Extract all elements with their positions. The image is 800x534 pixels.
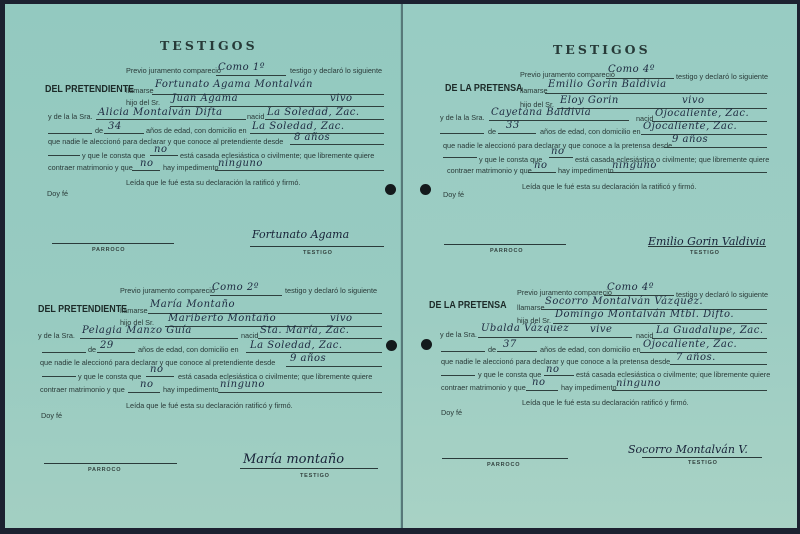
- read-statement: Leída que le fué esta su declaración la …: [126, 178, 300, 187]
- form-rule: [96, 119, 246, 120]
- form-rule: [441, 351, 485, 352]
- form-label: Previo juramento compareció: [520, 70, 615, 79]
- handwritten-entry: Alicia Montalván Difta: [98, 107, 223, 118]
- form-rule: [544, 375, 574, 376]
- witness-signature: María montaño: [243, 452, 344, 467]
- form-label: y de la la Sra.: [440, 113, 485, 122]
- form-label: años de edad, con domicilio en: [540, 127, 641, 136]
- handwritten-entry: Mariberto Montaño: [168, 313, 276, 324]
- handwritten-entry: no: [546, 364, 559, 375]
- binding-hole: [420, 184, 431, 195]
- section-label: DEL PRETENDIENTE: [38, 303, 127, 315]
- form-rule: [218, 392, 382, 393]
- form-rule: [210, 295, 282, 296]
- parroco-caption: PARROCO: [92, 247, 125, 253]
- witness-signature-line: [648, 246, 766, 247]
- form-label: testigo y declaró lo siguiente: [285, 286, 377, 295]
- parroco-caption: PARROCO: [88, 467, 121, 473]
- handwritten-entry: vive: [590, 324, 612, 335]
- form-label: y que le consta que: [82, 151, 145, 160]
- form-rule: [545, 93, 767, 94]
- binding-hole: [385, 184, 396, 195]
- form-label: está casada eclesiástica o civilmente; q…: [178, 372, 372, 381]
- form-label: testigo y declaró lo siguiente: [676, 72, 768, 81]
- form-rule: [42, 376, 76, 377]
- form-rule: [612, 390, 767, 391]
- handwritten-entry: 9 años: [672, 134, 708, 145]
- form-label: testigo y declaró lo siguiente: [290, 66, 382, 75]
- handwritten-entry: Socorro Montalván Vázquez.: [545, 296, 703, 307]
- handwritten-entry: Cayetana Baldivia: [491, 107, 591, 118]
- read-statement: Leída que le fué esta su declaración rat…: [522, 398, 689, 407]
- form-label: llamarse: [120, 306, 148, 315]
- doy-fe-label: Doy fé: [441, 408, 462, 417]
- form-label: contraer matrimonio y que: [447, 166, 532, 175]
- form-label: llamarse: [520, 86, 548, 95]
- form-rule: [608, 172, 767, 173]
- form-label: está casada eclesiástica o civilmente; q…: [575, 155, 769, 164]
- handwritten-entry: Ubalda Vázquez: [481, 323, 569, 334]
- handwritten-entry: Ojocaliente, Zac.: [643, 339, 737, 350]
- form-label: contraer matrimonio y que: [48, 163, 133, 172]
- form-label: años de edad, con domicilio en: [540, 345, 641, 354]
- testigo-caption: TESTIGO: [688, 460, 718, 466]
- read-statement: Leída que le fué esta su declaración la …: [522, 182, 696, 191]
- handwritten-entry: no: [551, 146, 564, 157]
- form-rule: [497, 351, 537, 352]
- parroco-caption: PARROCO: [487, 462, 520, 468]
- form-label: hay impedimento: [558, 166, 614, 175]
- handwritten-entry: Eloy Gorin: [560, 95, 619, 106]
- handwritten-entry: 8 años: [294, 132, 330, 143]
- form-label: nacid: [247, 112, 264, 121]
- form-rule: [526, 390, 558, 391]
- form-label: de: [488, 127, 496, 136]
- form-rule: [440, 133, 484, 134]
- form-label: contraer matrimonio y que: [441, 383, 526, 392]
- doy-fe-label: Doy fé: [41, 411, 62, 420]
- form-label: está casada eclesiástica o civilmente; q…: [180, 151, 374, 160]
- parroco-signature-line: [444, 244, 566, 245]
- handwritten-entry: 34: [108, 121, 122, 132]
- read-statement: Leída que le fué esta su declaración rat…: [126, 401, 293, 410]
- handwritten-entry: Como 1º: [218, 62, 265, 73]
- handwritten-entry: Fortunato Agama Montalván: [155, 79, 313, 90]
- page-fold: [400, 4, 403, 528]
- form-rule: [265, 119, 384, 120]
- handwritten-entry: 9 años: [290, 353, 326, 364]
- testigo-caption: TESTIGO: [303, 250, 333, 256]
- handwritten-entry: Emilio Gorin Baldivia: [548, 79, 667, 90]
- form-label: años de edad, con domicilio en: [138, 345, 239, 354]
- handwritten-entry: Sta. María, Zac.: [260, 325, 349, 336]
- handwritten-entry: Ojocaliente, Zac.: [655, 108, 749, 119]
- handwritten-entry: Pelagia Manzo Guía: [82, 325, 192, 336]
- section-heading: TESTIGOS: [553, 42, 651, 57]
- form-rule: [443, 157, 477, 158]
- parroco-signature-line: [442, 458, 568, 459]
- form-rule: [150, 155, 178, 156]
- form-rule: [498, 133, 536, 134]
- section-label: DE LA PRETENSA: [445, 82, 523, 94]
- witness-signature: Socorro Montalván V.: [628, 443, 748, 456]
- form-rule: [104, 133, 144, 134]
- handwritten-entry: Como 2º: [212, 282, 259, 293]
- form-rule: [549, 157, 573, 158]
- handwritten-entry: vivo: [330, 93, 353, 104]
- doy-fe-label: Doy fé: [47, 189, 68, 198]
- form-label: y que le consta que: [479, 155, 542, 164]
- form-label: hay impedimento: [163, 163, 219, 172]
- witness-signature-line: [642, 457, 762, 458]
- form-rule: [128, 392, 160, 393]
- form-label: y que le consta que: [78, 372, 141, 381]
- binding-hole: [386, 340, 397, 351]
- form-rule: [48, 133, 92, 134]
- form-label: de: [488, 345, 496, 354]
- handwritten-entry: María Montaño: [150, 299, 235, 310]
- testigo-caption: TESTIGO: [300, 473, 330, 479]
- handwritten-entry: Juan Agama: [172, 93, 238, 104]
- form-rule: [42, 352, 86, 353]
- testigo-caption: TESTIGO: [690, 250, 720, 256]
- handwritten-entry: ninguno: [220, 379, 265, 390]
- form-label: Previo juramento compareció: [120, 286, 215, 295]
- handwritten-entry: ninguno: [616, 378, 661, 389]
- form-rule: [146, 376, 174, 377]
- form-rule: [528, 172, 556, 173]
- handwritten-entry: 29: [100, 340, 114, 351]
- form-label: y de la Sra.: [38, 331, 75, 340]
- handwritten-entry: 7 años.: [676, 352, 716, 363]
- form-label: de: [88, 345, 96, 354]
- form-rule: [97, 352, 135, 353]
- form-rule: [441, 375, 475, 376]
- handwritten-entry: La Soledad, Zac.: [267, 107, 360, 118]
- form-rule: [48, 155, 80, 156]
- handwritten-entry: vivo: [330, 313, 353, 324]
- handwritten-entry: vivo: [682, 95, 705, 106]
- form-rule: [286, 366, 382, 367]
- form-label: contraer matrimonio y que: [40, 385, 125, 394]
- witness-signature-line: [250, 246, 384, 247]
- parroco-signature-line: [52, 243, 174, 244]
- handwritten-entry: ninguno: [218, 158, 263, 169]
- binding-hole: [421, 339, 432, 350]
- form-label: está casada eclesiástica o civilmente; q…: [576, 370, 770, 379]
- witness-signature: Fortunato Agama: [252, 228, 349, 241]
- form-rule: [80, 338, 238, 339]
- doy-fe-label: Doy fé: [443, 190, 464, 199]
- form-label: hay impedimento: [561, 383, 617, 392]
- handwritten-entry: Domingo Montalván Mtbl. Difto.: [555, 309, 734, 320]
- form-label: años de edad, con domicilio en: [146, 126, 247, 135]
- handwritten-entry: 37: [503, 339, 517, 350]
- form-label: hijo del Sr.: [126, 98, 160, 107]
- section-label: DE LA PRETENSA: [429, 299, 507, 311]
- handwritten-entry: no: [534, 160, 547, 171]
- witness-signature-line: [240, 468, 378, 469]
- form-rule: [664, 147, 767, 148]
- form-label: llamarse: [517, 303, 545, 312]
- handwritten-entry: no: [140, 379, 153, 390]
- parroco-signature-line: [44, 463, 177, 464]
- section-label: DEL PRETENDIENTE: [45, 83, 134, 95]
- handwritten-entry: no: [140, 158, 153, 169]
- form-label: llamarse: [126, 86, 154, 95]
- section-heading: TESTIGOS: [160, 38, 258, 53]
- handwritten-entry: no: [154, 144, 167, 155]
- parroco-caption: PARROCO: [490, 248, 523, 254]
- form-rule: [216, 75, 286, 76]
- handwritten-entry: La Soledad, Zac.: [252, 121, 345, 132]
- handwritten-entry: La Soledad, Zac.: [250, 340, 343, 351]
- form-label: nacid: [241, 331, 258, 340]
- handwritten-entry: Como 4º: [607, 282, 654, 293]
- handwritten-entry: 33: [506, 120, 520, 131]
- handwritten-entry: no: [150, 364, 163, 375]
- form-label: Previo juramento compareció: [126, 66, 221, 75]
- handwritten-entry: La Guadalupe, Zac.: [656, 325, 764, 336]
- handwritten-entry: Como 4º: [608, 64, 655, 75]
- form-rule: [132, 170, 160, 171]
- handwritten-entry: ninguno: [612, 160, 657, 171]
- form-rule: [215, 170, 384, 171]
- handwritten-entry: no: [532, 377, 545, 388]
- form-label: de: [95, 126, 103, 135]
- form-label: hay impedimento: [163, 385, 219, 394]
- form-rule: [258, 338, 382, 339]
- form-label: y de la Sra.: [440, 330, 477, 339]
- handwritten-entry: Ojocaliente, Zac.: [643, 121, 737, 132]
- form-rule: [290, 144, 384, 145]
- form-rule: [553, 323, 767, 324]
- form-label: y de la la Sra.: [48, 112, 93, 121]
- form-rule: [670, 364, 767, 365]
- form-rule: [478, 337, 632, 338]
